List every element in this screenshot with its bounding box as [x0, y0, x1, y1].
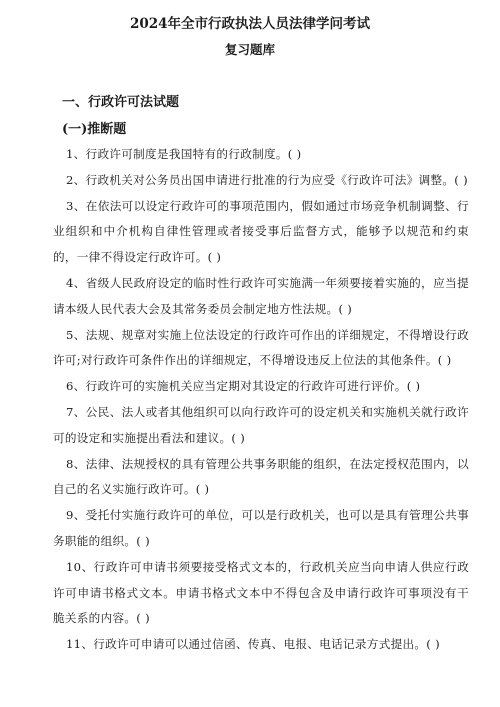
document-title: 2024年全市行政执法人员法律学问考试	[0, 12, 500, 32]
subsection-heading: (一)推断题	[62, 118, 126, 137]
question-item: 5、法规、规章对实施上位法设定的行政许可作出的详细规定，不得增设行政许可;对行政…	[53, 323, 469, 375]
question-item: 1、行政许可制度是我国特有的行政制度。( )	[53, 142, 469, 168]
question-item: 3、在依法可以设定行政许可的事项范围内，假如通过市场竞争机制调整、行业组织和中介…	[53, 194, 469, 271]
question-item: 10、行政许可申请书须要接受格式文本的，行政机关应当向申请人供应行政许可申请书格…	[53, 555, 469, 632]
question-item: 2、行政机关对公务员出国申请进行批准的行为应受《行政许可法》调整。( )	[53, 168, 469, 194]
question-item: 8、法律、法规授权的具有管理公共事务职能的组织，在法定授权范围内，以自己的名义实…	[53, 452, 469, 504]
section-heading: 一、行政许可法试题	[62, 91, 179, 110]
question-item: 7、公民、法人或者其他组织可以向行政许可的设定机关和实施机关就行政许可的设定和实…	[53, 400, 469, 452]
document-page: 2024年全市行政执法人员法律学问考试 复习题库 一、行政许可法试题 (一)推断…	[0, 0, 500, 707]
question-item: 4、省级人民政府设定的临时性行政许可实施满一年须要接着实施的，应当提请本级人民代…	[53, 271, 469, 323]
document-subtitle: 复习题库	[0, 40, 500, 58]
question-item: 9、受托付实施行政许可的单位，可以是行政机关，也可以是具有管理公共事务职能的组织…	[53, 503, 469, 555]
question-list: 1、行政许可制度是我国特有的行政制度。( ) 2、行政机关对公务员出国申请进行批…	[53, 142, 469, 658]
question-item: 6、行政许可的实施机关应当定期对其设定的行政许可进行评价。( )	[53, 374, 469, 400]
question-item: 11、行政许可申请可以通过信函、传真、电报、电话记录方式提出。( )	[53, 632, 469, 658]
